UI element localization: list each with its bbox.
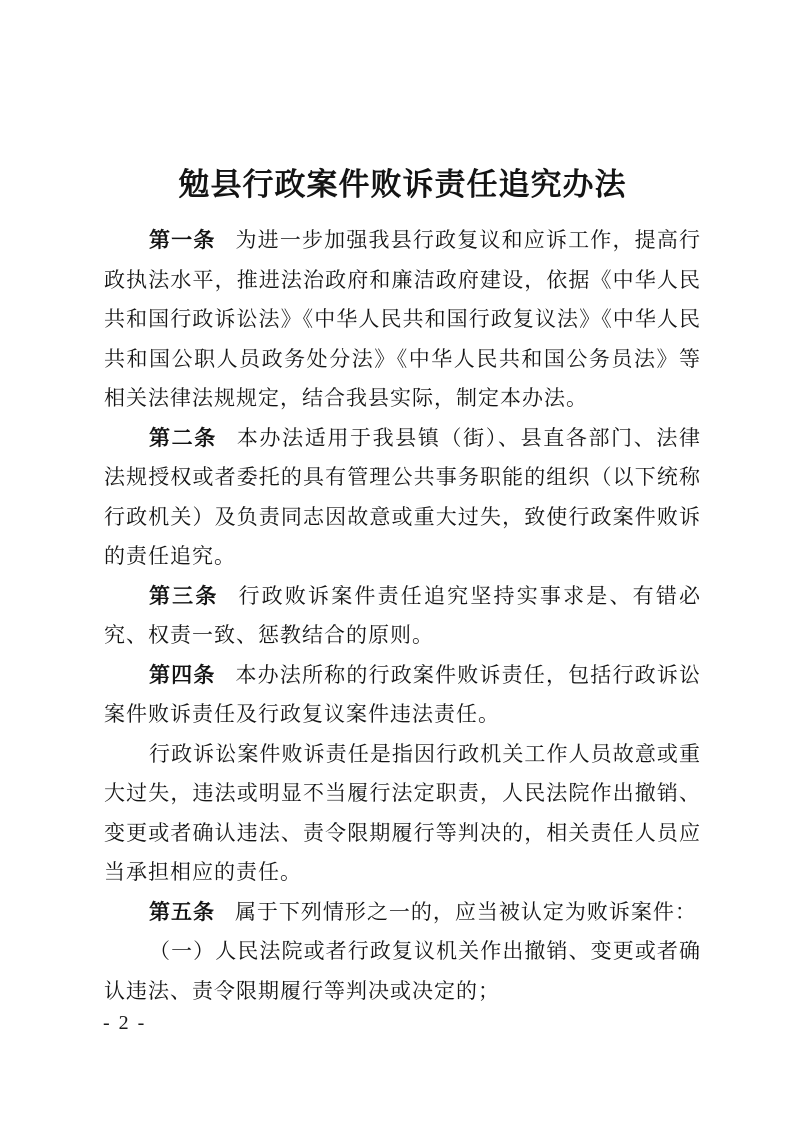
article-5-item-1-text: （一）人民法院或者行政复议机关作出撤销、变更或者确认违法、责令限期履行等判决或决… (104, 939, 701, 1003)
article-3-label: 第三条 (149, 584, 219, 608)
article-5-label: 第五条 (149, 900, 215, 924)
document-page: 勉县行政案件败诉责任追究办法 第一条为进一步加强我县行政复议和应诉工作，提高行政… (0, 0, 793, 1122)
paragraph-article-3: 第三条行政败诉案件责任追究坚持实事求是、有错必究、权责一致、惩教结合的原则。 (104, 577, 701, 656)
document-body: 第一条为进一步加强我县行政复议和应诉工作，提高行政执法水平，推进法治政府和廉洁政… (104, 221, 701, 1011)
article-4-continuation-text: 行政诉讼案件败诉责任是指因行政机关工作人员故意或重大过失，违法或明显不当履行法定… (104, 742, 701, 885)
paragraph-article-5-item-1: （一）人民法院或者行政复议机关作出撤销、变更或者确认违法、责令限期履行等判决或决… (104, 932, 701, 1011)
article-1-text: 为进一步加强我县行政复议和应诉工作，提高行政执法水平，推进法治政府和廉洁政府建设… (104, 228, 701, 410)
paragraph-article-5: 第五条属于下列情形之一的，应当被认定为败诉案件： (104, 893, 701, 933)
article-5-text: 属于下列情形之一的，应当被认定为败诉案件： (235, 900, 697, 924)
article-4-label: 第四条 (149, 663, 216, 687)
paragraph-article-4-continuation: 行政诉讼案件败诉责任是指因行政机关工作人员故意或重大过失，违法或明显不当履行法定… (104, 735, 701, 893)
document-title: 勉县行政案件败诉责任追究办法 (104, 159, 701, 204)
paragraph-article-2: 第二条本办法适用于我县镇（街）、县直各部门、法律法规授权或者委托的具有管理公共事… (104, 419, 701, 577)
article-1-label: 第一条 (149, 228, 216, 252)
paragraph-article-1: 第一条为进一步加强我县行政复议和应诉工作，提高行政执法水平，推进法治政府和廉洁政… (104, 221, 701, 419)
page-number: - 2 - (103, 1012, 146, 1035)
paragraph-article-4: 第四条本办法所称的行政案件败诉责任，包括行政诉讼案件败诉责任及行政复议案件违法责… (104, 656, 701, 735)
article-2-label: 第二条 (149, 426, 217, 450)
